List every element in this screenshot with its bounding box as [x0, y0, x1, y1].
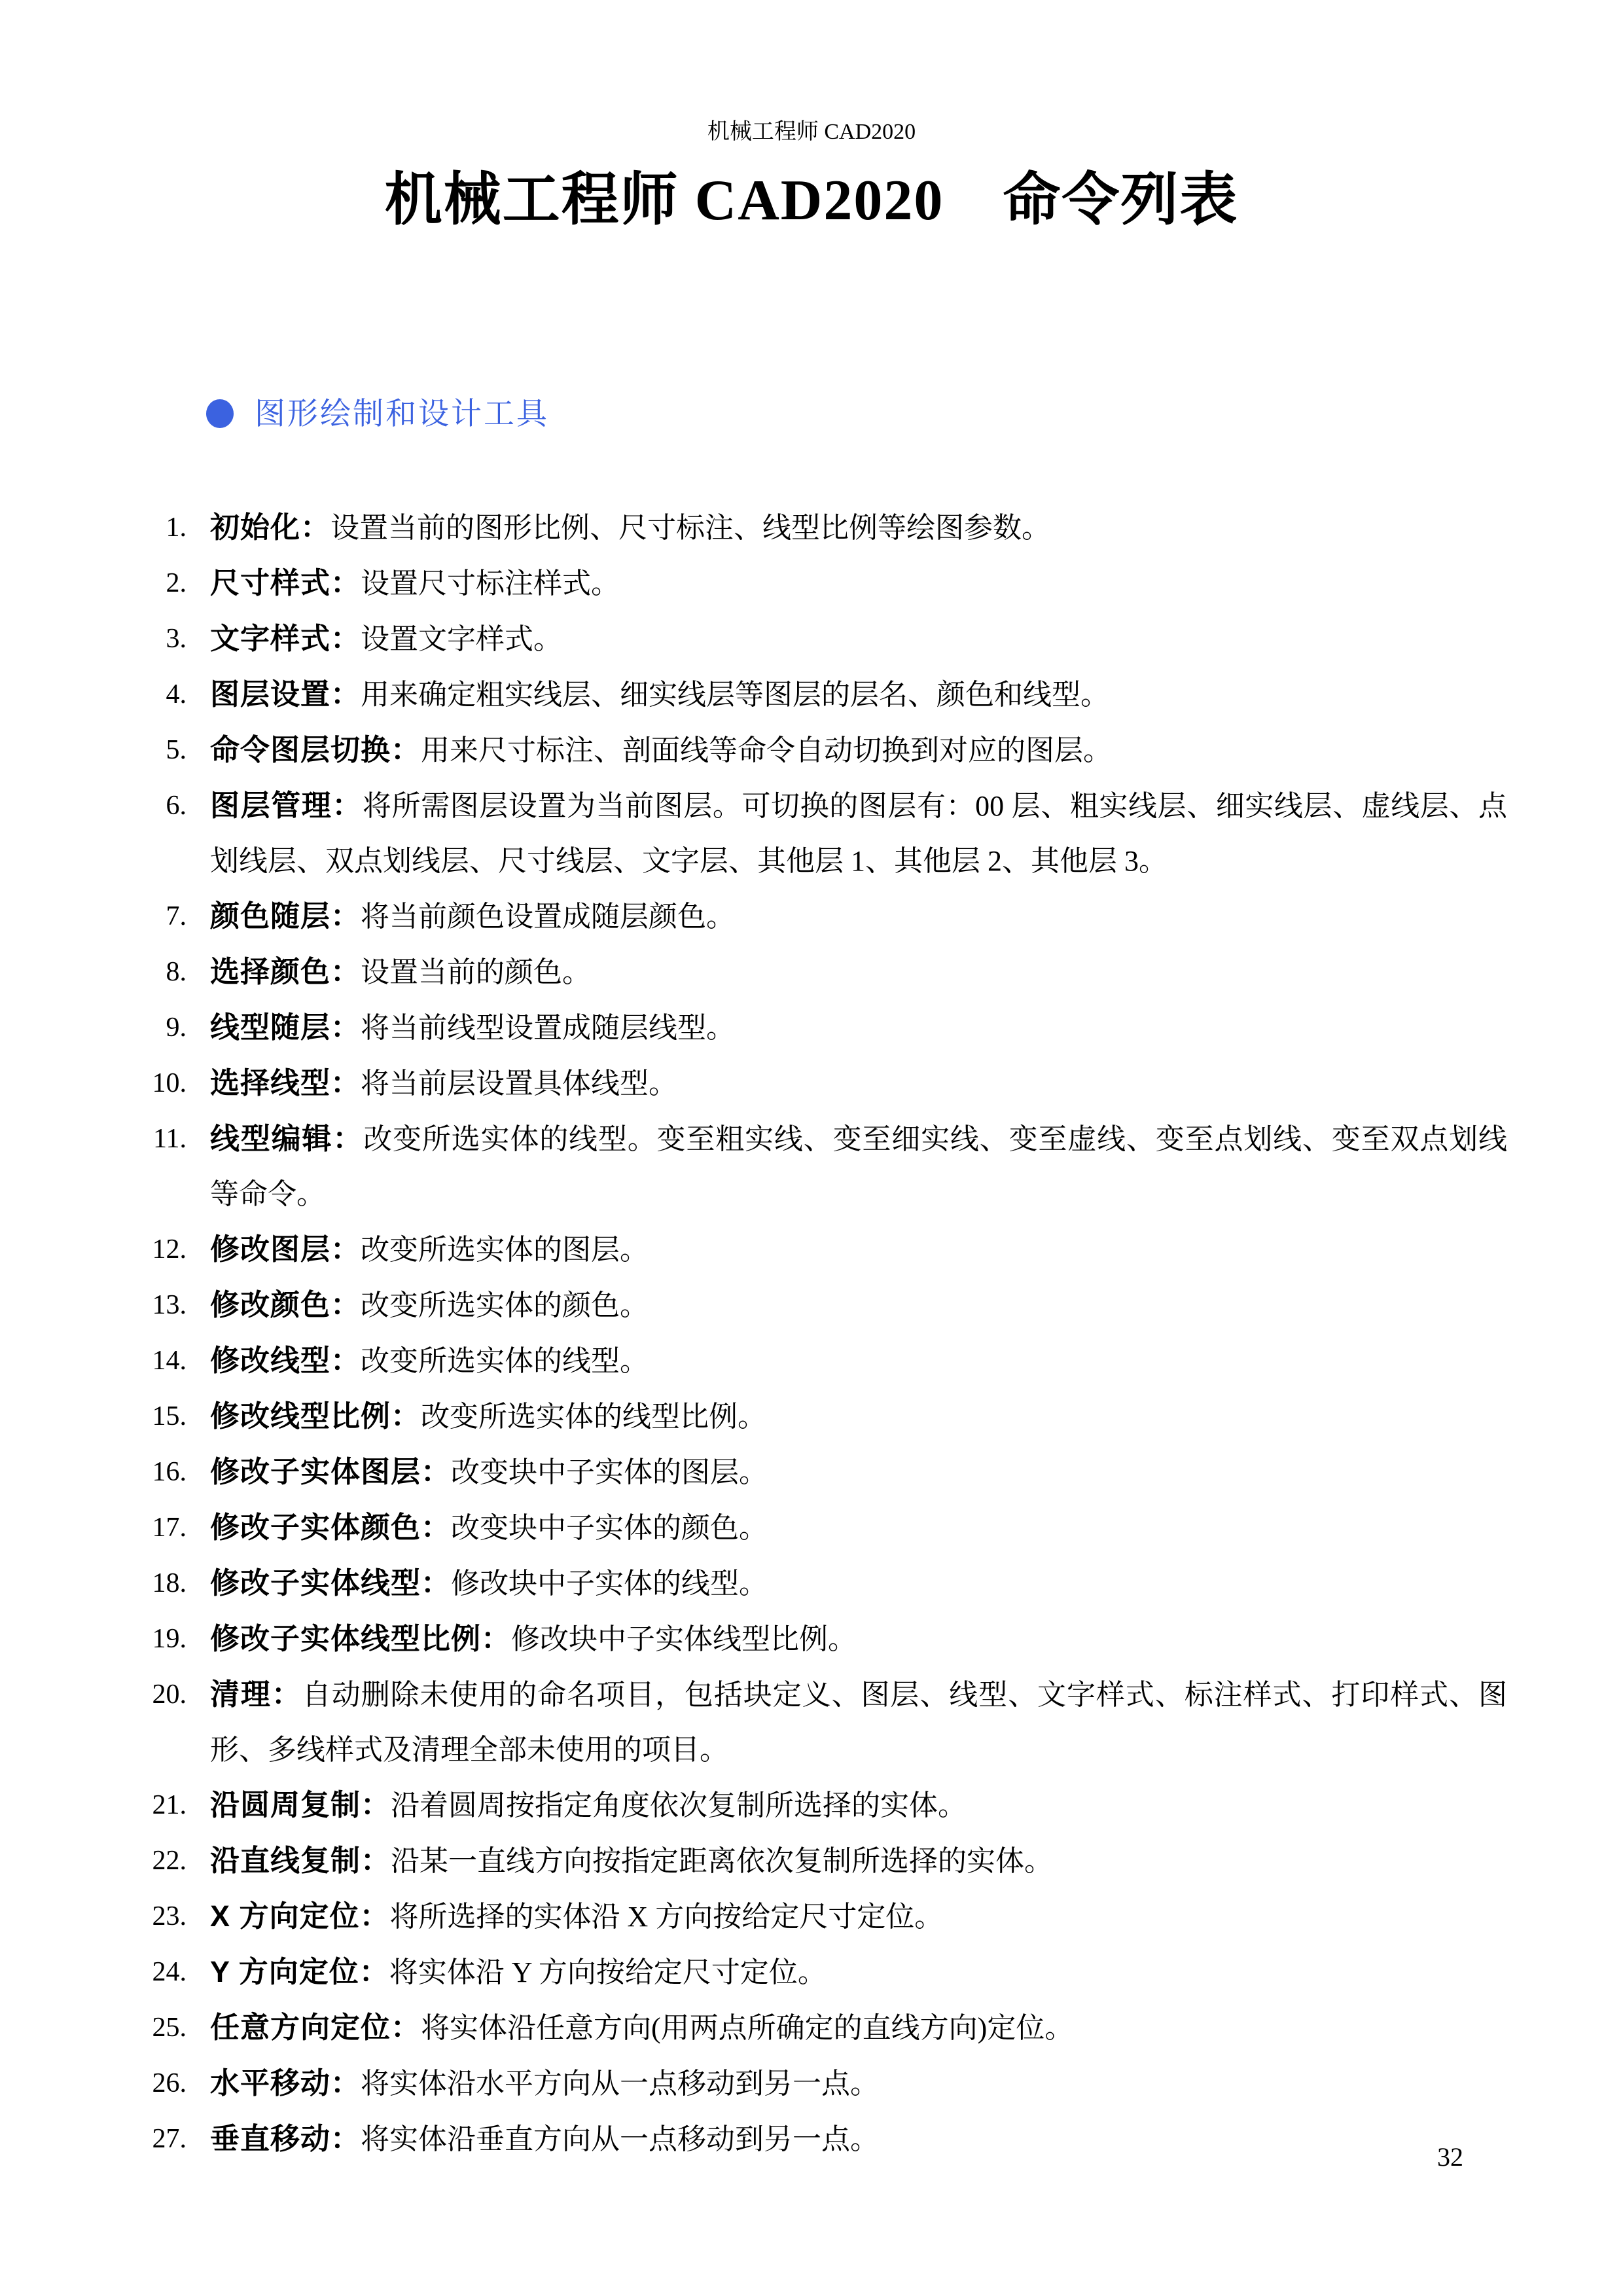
list-item: 22. 沿直线复制：沿某一直线方向按指定距离依次复制所选择的实体。 — [143, 1833, 1544, 1889]
item-term: X 方向定位： — [210, 1899, 390, 1933]
item-number: 14. — [143, 1333, 187, 1388]
item-desc: 改变块中子实体的颜色。 — [451, 1512, 768, 1544]
item-number: 7. — [143, 889, 187, 944]
item-desc: 用来尺寸标注、剖面线等命令自动切换到对应的图层。 — [421, 734, 1112, 766]
item-term: 水平移动： — [210, 2066, 361, 2100]
item-term: 修改线型比例： — [210, 1399, 421, 1433]
running-header: 机械工程师 CAD2020 — [0, 118, 1623, 147]
item-number: 5. — [143, 723, 187, 778]
item-content: 线型编辑：改变所选实体的线型。变至粗实线、变至细实线、变至虚线、变至点划线、变至… — [210, 1111, 1507, 1222]
item-desc: 沿着圆周按指定角度依次复制所选择的实体。 — [391, 1789, 967, 1821]
list-item: 15. 修改线型比例：改变所选实体的线型比例。 — [143, 1389, 1544, 1444]
item-desc: 改变所选实体的图层。 — [361, 1234, 649, 1266]
item-number: 8. — [143, 944, 187, 999]
item-desc: 修改块中子实体线型比例。 — [511, 1623, 857, 1655]
command-list: 1. 初始化：设置当前的图形比例、尺寸标注、线型比例等绘图参数。 2. 尺寸样式… — [143, 500, 1544, 2167]
item-term: 图层管理： — [210, 789, 363, 822]
list-item: 21. 沿圆周复制：沿着圆周按指定角度依次复制所选择的实体。 — [143, 1778, 1544, 1833]
item-term: 初始化： — [210, 511, 330, 544]
item-content: 命令图层切换：用来尺寸标注、剖面线等命令自动切换到对应的图层。 — [210, 723, 1507, 778]
item-number: 17. — [143, 1500, 187, 1555]
item-number: 25. — [143, 2000, 187, 2055]
list-item: 26. 水平移动：将实体沿水平方向从一点移动到另一点。 — [143, 2056, 1544, 2111]
item-desc: 将所需图层设置为当前图层。可切换的图层有：00 层、粗实线层、细实线层、虚线层、… — [210, 790, 1507, 877]
item-number: 6. — [143, 778, 187, 833]
item-term: 文字样式： — [210, 622, 361, 655]
list-item: 18. 修改子实体线型：修改块中子实体的线型。 — [143, 1556, 1544, 1611]
item-term: Y 方向定位： — [210, 1955, 389, 1988]
item-term: 沿直线复制： — [210, 1844, 391, 1877]
item-number: 4. — [143, 667, 187, 722]
item-desc: 改变所选实体的线型。变至粗实线、变至细实线、变至虚线、变至点划线、变至双点划线等… — [210, 1123, 1507, 1210]
section-label: 图形绘制和设计工具 — [255, 398, 549, 429]
item-term: 修改图层： — [210, 1232, 361, 1266]
item-number: 15. — [143, 1389, 187, 1444]
list-item: 16. 修改子实体图层：改变块中子实体的图层。 — [143, 1444, 1544, 1500]
item-number: 22. — [143, 1833, 187, 1888]
item-content: 修改颜色：改变所选实体的颜色。 — [210, 1278, 1507, 1333]
item-term: 修改子实体颜色： — [210, 1511, 451, 1544]
page-number: 32 — [1437, 2142, 1463, 2173]
item-term: 修改子实体图层： — [210, 1455, 451, 1488]
list-item: 23. X 方向定位：将所选择的实体沿 X 方向按给定尺寸定位。 — [143, 1889, 1544, 1945]
list-item: 13. 修改颜色：改变所选实体的颜色。 — [143, 1278, 1544, 1333]
item-content: 修改子实体颜色：改变块中子实体的颜色。 — [210, 1500, 1507, 1556]
item-desc: 改变所选实体的颜色。 — [361, 1289, 649, 1321]
item-term: 尺寸样式： — [210, 566, 361, 600]
item-term: 线型随层： — [210, 1011, 361, 1044]
item-number: 3. — [143, 611, 187, 666]
item-desc: 设置文字样式。 — [361, 623, 562, 655]
item-content: X 方向定位：将所选择的实体沿 X 方向按给定尺寸定位。 — [210, 1889, 1507, 1945]
item-term: 修改线型： — [210, 1344, 361, 1377]
item-desc: 设置尺寸标注样式。 — [361, 567, 620, 600]
list-item: 9. 线型随层：将当前线型设置成随层线型。 — [143, 1000, 1544, 1056]
item-content: 修改子实体线型比例：修改块中子实体线型比例。 — [210, 1611, 1507, 1667]
item-desc: 将所选择的实体沿 X 方向按给定尺寸定位。 — [390, 1901, 944, 1933]
filled-circle-icon — [206, 399, 234, 428]
item-number: 10. — [143, 1056, 187, 1111]
list-item: 7. 颜色随层：将当前颜色设置成随层颜色。 — [143, 889, 1544, 944]
item-number: 18. — [143, 1556, 187, 1611]
item-content: 修改子实体线型：修改块中子实体的线型。 — [210, 1556, 1507, 1611]
item-number: 1. — [143, 500, 187, 555]
list-item: 8. 选择颜色：设置当前的颜色。 — [143, 944, 1544, 1000]
item-term: 修改子实体线型： — [210, 1566, 451, 1600]
item-desc: 沿某一直线方向按指定距离依次复制所选择的实体。 — [391, 1845, 1053, 1877]
item-term: 选择颜色： — [210, 955, 361, 988]
section-heading: 图形绘制和设计工具 — [206, 398, 549, 429]
item-content: 沿圆周复制：沿着圆周按指定角度依次复制所选择的实体。 — [210, 1778, 1507, 1833]
page: { "document": { "header": "机械工程师 CAD2020… — [0, 0, 1623, 2296]
item-number: 16. — [143, 1444, 187, 1499]
item-desc: 改变块中子实体的图层。 — [451, 1456, 768, 1488]
page-title: 机械工程师 CAD2020 命令列表 — [0, 165, 1623, 237]
item-content: 修改线型：改变所选实体的线型。 — [210, 1333, 1507, 1389]
item-number: 19. — [143, 1611, 187, 1666]
list-item: 20. 清理：自动删除未使用的命名项目，包括块定义、图层、线型、文字样式、标注样… — [143, 1667, 1544, 1778]
item-number: 12. — [143, 1222, 187, 1277]
item-desc: 自动删除未使用的命名项目，包括块定义、图层、线型、文字样式、标注样式、打印样式、… — [210, 1679, 1507, 1766]
item-content: 沿直线复制：沿某一直线方向按指定距离依次复制所选择的实体。 — [210, 1833, 1507, 1889]
item-number: 9. — [143, 1000, 187, 1055]
item-content: 选择线型：将当前层设置具体线型。 — [210, 1056, 1507, 1111]
item-number: 24. — [143, 1945, 187, 2000]
item-term: 垂直移动： — [210, 2122, 361, 2155]
list-item: 25. 任意方向定位：将实体沿任意方向(用两点所确定的直线方向)定位。 — [143, 2000, 1544, 2056]
item-content: 文字样式：设置文字样式。 — [210, 611, 1507, 667]
item-number: 27. — [143, 2111, 187, 2166]
list-item: 19. 修改子实体线型比例：修改块中子实体线型比例。 — [143, 1611, 1544, 1667]
item-term: 颜色随层： — [210, 899, 361, 933]
item-number: 26. — [143, 2056, 187, 2111]
item-desc: 将实体沿任意方向(用两点所确定的直线方向)定位。 — [421, 2012, 1073, 2044]
list-item: 5. 命令图层切换：用来尺寸标注、剖面线等命令自动切换到对应的图层。 — [143, 723, 1544, 778]
item-term: 清理： — [210, 1677, 302, 1711]
item-content: 图层设置：用来确定粗实线层、细实线层等图层的层名、颜色和线型。 — [210, 667, 1507, 723]
list-item: 27. 垂直移动：将实体沿垂直方向从一点移动到另一点。 — [143, 2111, 1544, 2167]
item-term: 选择线型： — [210, 1066, 361, 1100]
list-item: 12. 修改图层：改变所选实体的图层。 — [143, 1222, 1544, 1278]
list-item: 11. 线型编辑：改变所选实体的线型。变至粗实线、变至细实线、变至虚线、变至点划… — [143, 1111, 1544, 1222]
list-item: 24. Y 方向定位：将实体沿 Y 方向按给定尺寸定位。 — [143, 1945, 1544, 2000]
item-desc: 改变所选实体的线型。 — [361, 1345, 649, 1377]
item-content: 初始化：设置当前的图形比例、尺寸标注、线型比例等绘图参数。 — [210, 500, 1507, 556]
item-content: 任意方向定位：将实体沿任意方向(用两点所确定的直线方向)定位。 — [210, 2000, 1507, 2056]
item-content: 水平移动：将实体沿水平方向从一点移动到另一点。 — [210, 2056, 1507, 2111]
item-content: 尺寸样式：设置尺寸标注样式。 — [210, 556, 1507, 611]
item-content: 修改子实体图层：改变块中子实体的图层。 — [210, 1444, 1507, 1500]
item-content: 垂直移动：将实体沿垂直方向从一点移动到另一点。 — [210, 2111, 1507, 2167]
item-number: 21. — [143, 1778, 187, 1833]
item-content: Y 方向定位：将实体沿 Y 方向按给定尺寸定位。 — [210, 1945, 1507, 2000]
item-content: 修改图层：改变所选实体的图层。 — [210, 1222, 1507, 1278]
item-content: 选择颜色：设置当前的颜色。 — [210, 944, 1507, 1000]
list-item: 2. 尺寸样式：设置尺寸标注样式。 — [143, 556, 1544, 611]
item-term: 图层设置： — [210, 677, 361, 711]
item-term: 修改颜色： — [210, 1288, 361, 1321]
item-desc: 将实体沿垂直方向从一点移动到另一点。 — [361, 2123, 879, 2155]
item-desc: 用来确定粗实线层、细实线层等图层的层名、颜色和线型。 — [361, 679, 1109, 711]
list-item: 10. 选择线型：将当前层设置具体线型。 — [143, 1056, 1544, 1111]
list-item: 6. 图层管理：将所需图层设置为当前图层。可切换的图层有：00 层、粗实线层、细… — [143, 778, 1544, 889]
item-desc: 将当前层设置具体线型。 — [361, 1067, 677, 1100]
item-desc: 修改块中子实体的线型。 — [451, 1568, 768, 1600]
item-desc: 将实体沿水平方向从一点移动到另一点。 — [361, 2068, 879, 2100]
item-term: 命令图层切换： — [210, 733, 421, 766]
item-desc: 将当前颜色设置成随层颜色。 — [361, 901, 735, 933]
item-desc: 改变所选实体的线型比例。 — [421, 1401, 766, 1433]
item-content: 线型随层：将当前线型设置成随层线型。 — [210, 1000, 1507, 1056]
item-term: 沿圆周复制： — [210, 1788, 391, 1821]
item-number: 2. — [143, 556, 187, 611]
item-term: 任意方向定位： — [210, 2011, 421, 2044]
item-number: 11. — [143, 1111, 187, 1166]
item-content: 图层管理：将所需图层设置为当前图层。可切换的图层有：00 层、粗实线层、细实线层… — [210, 778, 1507, 889]
item-number: 20. — [143, 1667, 187, 1722]
item-number: 23. — [143, 1889, 187, 1944]
item-content: 修改线型比例：改变所选实体的线型比例。 — [210, 1389, 1507, 1444]
item-term: 线型编辑： — [210, 1122, 363, 1155]
item-desc: 将实体沿 Y 方向按给定尺寸定位。 — [389, 1956, 827, 1988]
item-content: 清理：自动删除未使用的命名项目，包括块定义、图层、线型、文字样式、标注样式、打印… — [210, 1667, 1507, 1778]
item-desc: 将当前线型设置成随层线型。 — [361, 1012, 735, 1044]
item-number: 13. — [143, 1278, 187, 1333]
list-item: 17. 修改子实体颜色：改变块中子实体的颜色。 — [143, 1500, 1544, 1556]
item-desc: 设置当前的图形比例、尺寸标注、线型比例等绘图参数。 — [330, 512, 1050, 544]
item-desc: 设置当前的颜色。 — [361, 956, 591, 988]
list-item: 3. 文字样式：设置文字样式。 — [143, 611, 1544, 667]
list-item: 1. 初始化：设置当前的图形比例、尺寸标注、线型比例等绘图参数。 — [143, 500, 1544, 556]
list-item: 14. 修改线型：改变所选实体的线型。 — [143, 1333, 1544, 1389]
item-term: 修改子实体线型比例： — [210, 1622, 511, 1655]
item-content: 颜色随层：将当前颜色设置成随层颜色。 — [210, 889, 1507, 944]
list-item: 4. 图层设置：用来确定粗实线层、细实线层等图层的层名、颜色和线型。 — [143, 667, 1544, 723]
